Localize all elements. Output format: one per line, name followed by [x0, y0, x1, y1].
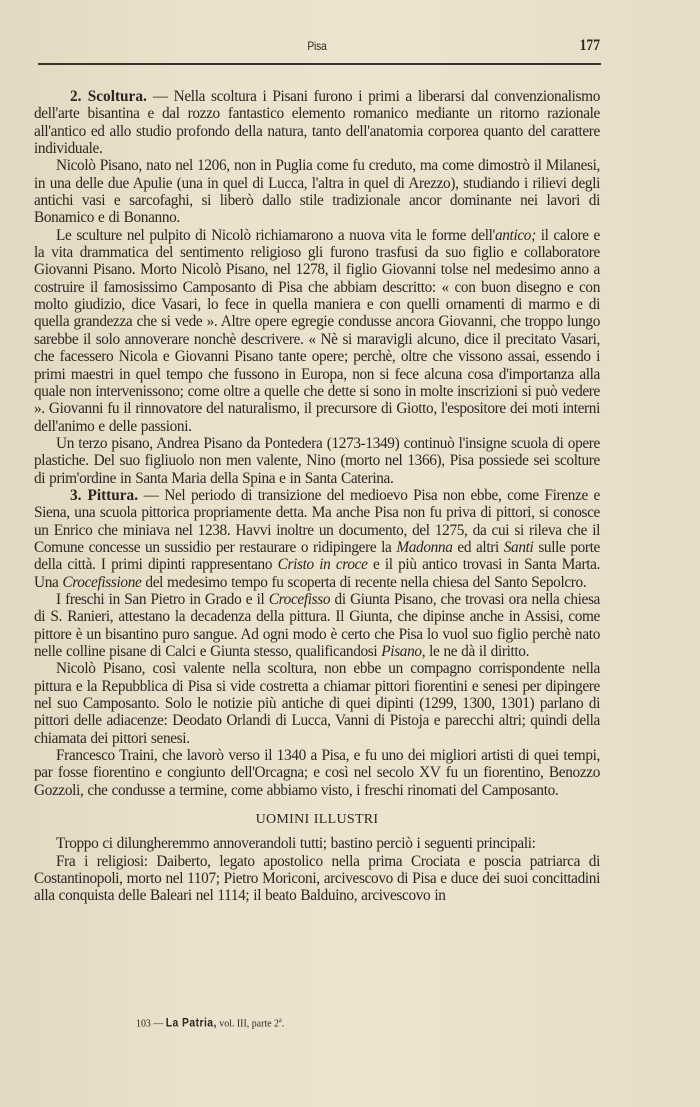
page-number: 177	[580, 37, 600, 55]
italic-term: antico;	[495, 227, 536, 244]
paragraph: Troppo ci dilungheremmo annoverandoli tu…	[34, 835, 600, 852]
paragraph: Nicolò Pisano, nato nel 1206, non in Pug…	[34, 157, 600, 226]
printer-signature: 103 — La Patria, vol. III, parte 2a.	[136, 1016, 284, 1030]
journal-title: La Patria,	[166, 1018, 217, 1030]
italic-term: Madonna	[396, 539, 452, 556]
paragraph: Un terzo pisano, Andrea Pisano da Ponted…	[34, 435, 600, 487]
italic-term: Cristo in croce	[278, 556, 368, 573]
section-heading-pittura: 3. Pittura.	[70, 487, 138, 504]
paragraph: Nicolò Pisano, così valente nella scoltu…	[34, 660, 600, 747]
italic-term: Santi	[504, 539, 534, 556]
italic-term: Pisano	[381, 643, 421, 660]
paragraph: Francesco Traini, che lavorò verso il 13…	[34, 747, 600, 799]
section-title-uomini-illustri: UOMINI ILLUSTRI	[34, 811, 600, 828]
paragraph: Le sculture nel pulpito di Nicolò richia…	[34, 227, 600, 435]
italic-term: Crocefisso	[269, 591, 330, 608]
body-text: 2. Scoltura. — Nella scoltura i Pisani f…	[34, 88, 600, 905]
header-rule	[38, 63, 601, 65]
paragraph: Fra i religiosi: Daiberto, legato aposto…	[34, 853, 600, 905]
running-head: Pisa 177	[34, 37, 600, 57]
paragraph-pittura-intro: 3. Pittura. — Nel periodo di transizione…	[34, 487, 600, 591]
italic-term: Crocefissione	[62, 574, 141, 591]
paragraph-scoltura-intro: 2. Scoltura. — Nella scoltura i Pisani f…	[34, 88, 600, 157]
running-title: Pisa	[76, 39, 557, 53]
section-heading-scoltura: 2. Scoltura.	[70, 88, 147, 105]
paragraph: I freschi in San Pietro in Grado e il Cr…	[34, 591, 600, 660]
